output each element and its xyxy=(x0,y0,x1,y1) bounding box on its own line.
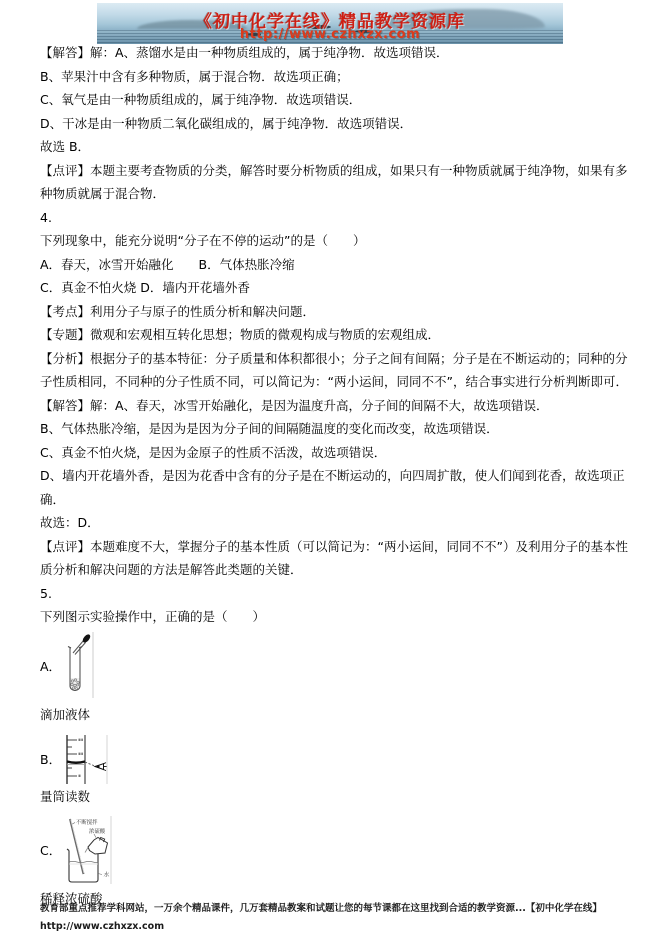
dropper-test-tube-figure xyxy=(60,632,96,702)
question-stem: 下列图示实验操作中，正确的是（ ） xyxy=(40,605,630,629)
stir-annotation: 不断搅拌 xyxy=(76,818,98,826)
option-a-row: A． xyxy=(40,632,630,702)
option-analysis-line: B、苹果汁中含有多种物质，属于混合物．故选项正确； xyxy=(40,65,630,89)
option-c-label: C． xyxy=(40,839,60,863)
option-analysis-line: C、氧气是由一种物质组成的，属于纯净物．故选项错误． xyxy=(40,88,630,112)
explain-header-line: 【解答】解：A、春天，冰雪开始融化，是因为温度升高，分子间的间隔不大，故选项错误… xyxy=(40,394,630,418)
option-b-caption: 量筒读数 xyxy=(40,785,630,809)
option-analysis-line: C、真金不怕火烧，是因为金原子的性质不活泼，故选项错误． xyxy=(40,441,630,465)
option-analysis-line: D、墙内开花墙外香，是因为花香中含有的分子是在不断运动的，向四周扩散，使人们闻到… xyxy=(40,464,630,511)
question-number-5: 5. xyxy=(40,582,630,606)
option-b-row: B． xyxy=(40,735,630,784)
option-analysis-line: D、干冰是由一种物质二氧化碳组成的，属于纯净物．故选项错误． xyxy=(40,112,630,136)
banner-url-link[interactable]: http://www.czhxzx.com xyxy=(97,27,563,42)
dilute-acid-figure: 不断搅拌 浓硫酸 xyxy=(60,816,114,886)
question-number-4: 4. xyxy=(40,206,630,230)
answer-choice-line: 故选：D． xyxy=(40,511,630,535)
site-banner: 《初中化学在线》精品教学资源库 http://www.czhxzx.com xyxy=(97,3,563,44)
comment-line: 【点评】本题主要考查物质的分类，解答时要分析物质的组成，如果只有一种物质就属于纯… xyxy=(40,159,630,206)
option-c-row: C． 不断搅拌 浓硫酸 xyxy=(40,816,630,886)
question-stem: 下列现象中，能充分说明“分子在不停的运动”的是（ ） xyxy=(40,229,630,253)
explain-header-line: 【解答】解：A、蒸馏水是由一种物质组成的，属于纯净物．故选项错误． xyxy=(40,41,630,65)
exam-point-line: 【考点】利用分子与原子的性质分析和解决问题． xyxy=(40,300,630,324)
graduated-cylinder-eye-icon xyxy=(60,735,110,784)
document-body: 【解答】解：A、蒸馏水是由一种物质组成的，属于纯净物．故选项错误． B、苹果汁中… xyxy=(40,41,630,910)
water-annotation: 水 xyxy=(104,870,110,878)
option-b-label: B． xyxy=(40,748,60,772)
option-analysis-line: B、气体热胀冷缩，是因为是因为分子间的间隔随温度的变化而改变，故选项错误． xyxy=(40,417,630,441)
answer-choice-line: 故选 B． xyxy=(40,135,630,159)
dropper-test-tube-icon xyxy=(60,632,96,702)
topic-line: 【专题】微观和宏观相互转化思想；物质的微观构成与物质的宏观组成． xyxy=(40,323,630,347)
options-row-ab: A．春天，冰雪开始融化 B．气体热胀冷缩 xyxy=(40,253,630,277)
dilute-acid-beaker-icon: 不断搅拌 浓硫酸 xyxy=(60,816,114,886)
acid-annotation: 浓硫酸 xyxy=(89,827,106,835)
option-a-label: A． xyxy=(40,655,60,679)
graduated-cylinder-reading-figure xyxy=(60,735,110,784)
comment-line: 【点评】本题难度不大，掌握分子的基本性质（可以简记为：“两小运间，同同不不”）及… xyxy=(40,535,630,582)
page-footer: 教育部重点推荐学科网站，一万余个精品课件，几万套精品教案和试题让您的每节课都在这… xyxy=(40,900,628,935)
options-row-cd: C．真金不怕火烧 D．墙内开花墙外香 xyxy=(40,276,630,300)
analysis-line: 【分析】根据分子的基本特征：分子质量和体积都很小；分子之间有间隔；分子是在不断运… xyxy=(40,347,630,394)
option-a-caption: 滴加液体 xyxy=(40,703,630,727)
document-page: 《初中化学在线》精品教学资源库 http://www.czhxzx.com 【解… xyxy=(0,0,662,935)
